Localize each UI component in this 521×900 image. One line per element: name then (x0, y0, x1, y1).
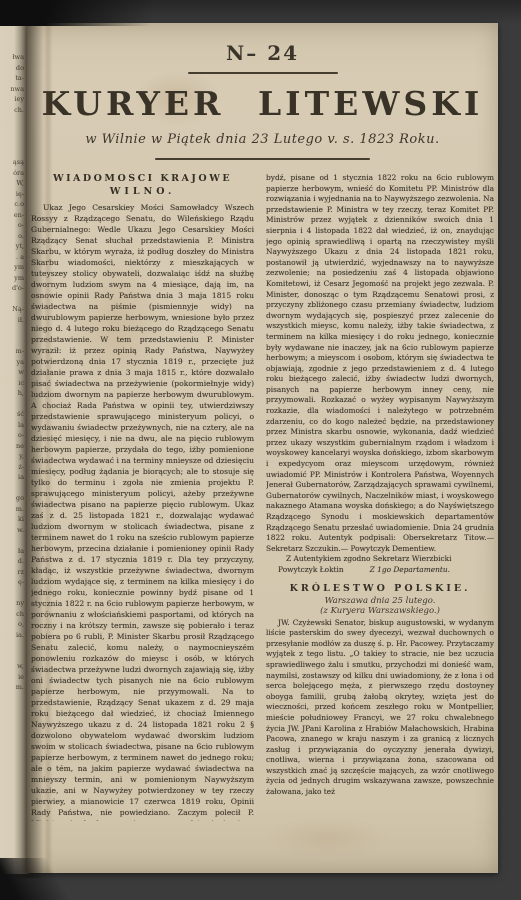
section-heading-wiadomosci-krajowe: WIADOMOŚCI KRAJOWE (31, 173, 254, 184)
source-attribution: (z Kuryera Warszawskiego.) (266, 606, 494, 616)
masthead-dateline: w Wilnie w Piątek dnia 23 Lutego v. s. 1… (27, 132, 498, 147)
scan-background: łwa do ta- nwa iey ch. ąsą óra W, ię- c.… (0, 0, 521, 900)
text-columns: WIADOMOŚCI KRAJOWE WILNO. Ukaz Jego Cesa… (31, 173, 494, 821)
right-column-body-continuation: bydź, pisane od 1 stycznia 1822 roku na … (266, 173, 494, 554)
masthead-rule-bottom (155, 158, 370, 160)
left-column-body: Ukaz Jego Cesarskiey Mości Samowładcy Ws… (31, 202, 254, 821)
right-column-section2-body: JW. Czyżewski Senator, biskup augustowsk… (266, 618, 494, 798)
section-subheading-wilno: WILNO. (31, 186, 254, 197)
binding-gutter-shadow (14, 22, 44, 878)
issue-number: N– 24 (27, 41, 498, 65)
scan-bottom-left-fold (0, 858, 70, 900)
left-column: WIADOMOŚCI KRAJOWE WILNO. Ukaz Jego Cesa… (31, 173, 254, 821)
right-column: bydź, pisane od 1 stycznia 1822 roku na … (266, 173, 494, 821)
newspaper-page: N– 24 KURYER LITEWSKI w Wilnie w Piątek … (27, 23, 498, 873)
section-heading-krolestwo-polskie: KRÓLESTWO POLSKIE. (266, 583, 494, 594)
warsaw-dateline: Warszawa dnia 25 lutego. (266, 596, 494, 606)
attestation-line-1: Z Autentykiem zgodno Sekretarz Wierzbick… (266, 554, 494, 565)
attestation-line-2: Powytczyk Łoktin Z 1go Departamentu. (266, 565, 494, 576)
masthead-rule-top (188, 72, 338, 74)
scan-top-left-fold (0, 0, 190, 26)
attestation-department: Z 1go Departamentu. (370, 565, 450, 576)
newspaper-title: KURYER LITEWSKI (27, 84, 498, 123)
paper-crease (43, 23, 53, 873)
attestation-clerk: Powytczyk Łoktin (278, 565, 344, 576)
masthead: N– 24 KURYER LITEWSKI w Wilnie w Piątek … (27, 23, 498, 160)
